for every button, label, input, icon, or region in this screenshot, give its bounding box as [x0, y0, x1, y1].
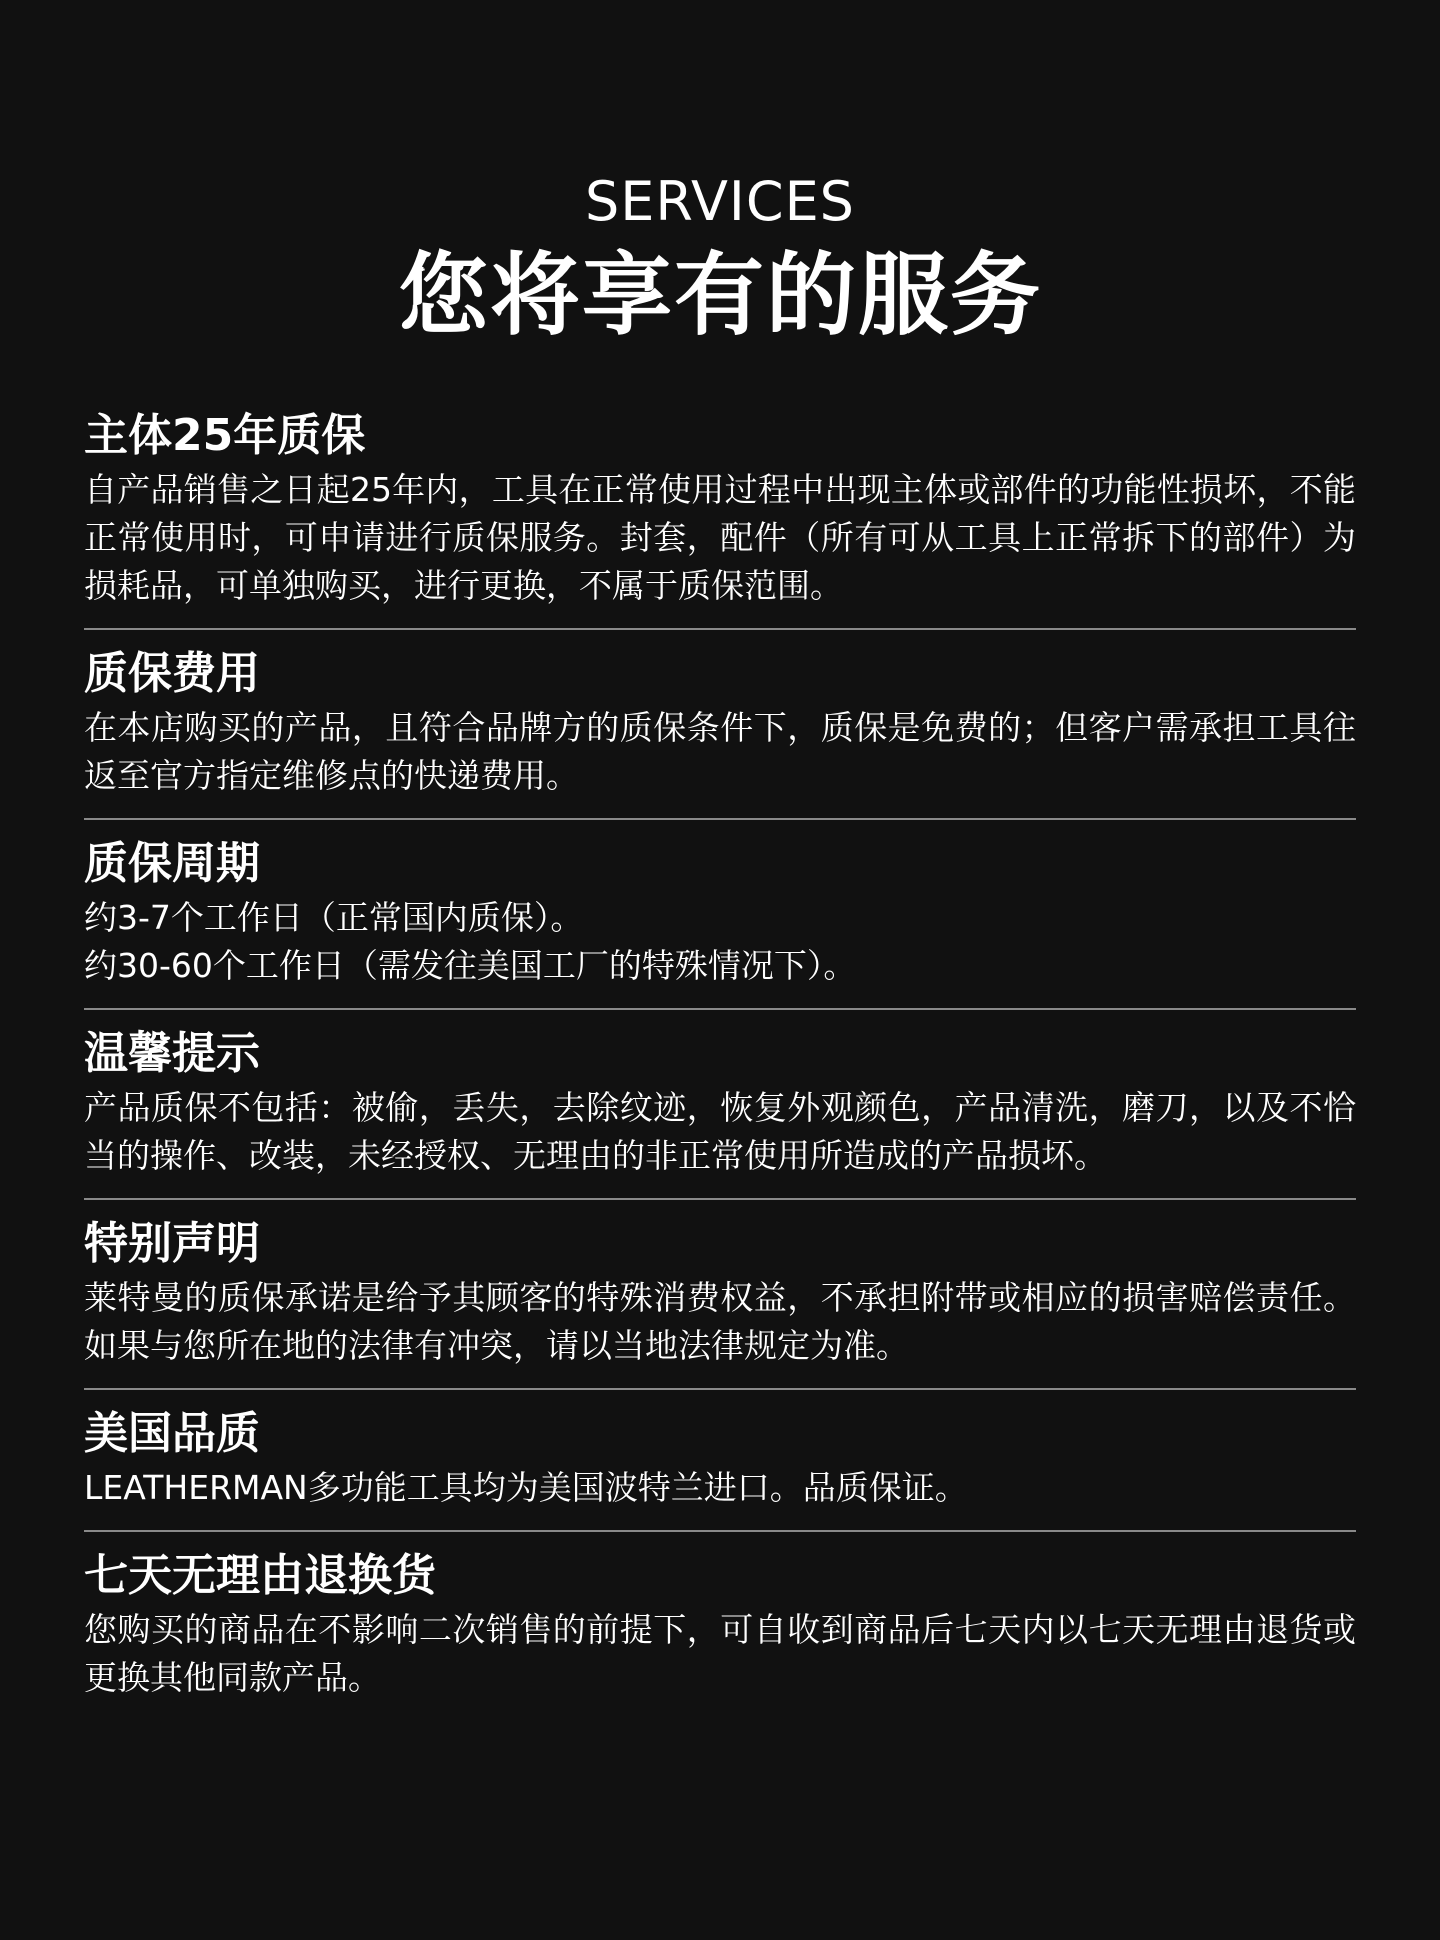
section-body: 自产品销售之日起25年内，工具在正常使用过程中出现主体或部件的功能性损坏，不能正…: [84, 466, 1356, 610]
section-text: 约30-60个工作日（需发往美国工厂的特殊情况下）。: [84, 942, 1356, 990]
page-title: 您将享有的服务: [0, 244, 1440, 348]
section-title: 七天无理由退换货: [84, 1546, 1356, 1606]
section-text: 产品质保不包括：被偷，丢失，去除纹迹，恢复外观颜色，产品清洗，磨刀，以及不恰当的…: [84, 1084, 1356, 1180]
section-body: 您购买的商品在不影响二次销售的前提下，可自收到商品后七天内以七天无理由退货或更换…: [84, 1606, 1356, 1702]
section-text: LEATHERMAN多功能工具均为美国波特兰进口。品质保证。: [84, 1464, 1356, 1512]
section-title: 质保周期: [84, 834, 1356, 894]
section-text: 莱特曼的质保承诺是给予其顾客的特殊消费权益，不承担附带或相应的损害赔偿责任。如果…: [84, 1274, 1356, 1370]
section-reminder: 温馨提示 产品质保不包括：被偷，丢失，去除纹迹，恢复外观颜色，产品清洗，磨刀，以…: [84, 1008, 1356, 1198]
section-body: 产品质保不包括：被偷，丢失，去除纹迹，恢复外观颜色，产品清洗，磨刀，以及不恰当的…: [84, 1084, 1356, 1180]
section-seven-day-return: 七天无理由退换货 您购买的商品在不影响二次销售的前提下，可自收到商品后七天内以七…: [84, 1530, 1356, 1720]
section-title: 温馨提示: [84, 1024, 1356, 1084]
section-text: 约3-7个工作日（正常国内质保）。: [84, 894, 1356, 942]
section-warranty-25-years: 主体25年质保 自产品销售之日起25年内，工具在正常使用过程中出现主体或部件的功…: [84, 406, 1356, 628]
section-body: LEATHERMAN多功能工具均为美国波特兰进口。品质保证。: [84, 1464, 1356, 1512]
section-special-statement: 特别声明 莱特曼的质保承诺是给予其顾客的特殊消费权益，不承担附带或相应的损害赔偿…: [84, 1198, 1356, 1388]
section-warranty-period: 质保周期 约3-7个工作日（正常国内质保）。 约30-60个工作日（需发往美国工…: [84, 818, 1356, 1008]
section-warranty-cost: 质保费用 在本店购买的产品，且符合品牌方的质保条件下，质保是免费的；但客户需承担…: [84, 628, 1356, 818]
section-text: 自产品销售之日起25年内，工具在正常使用过程中出现主体或部件的功能性损坏，不能正…: [84, 466, 1356, 610]
section-text: 在本店购买的产品，且符合品牌方的质保条件下，质保是免费的；但客户需承担工具往返至…: [84, 704, 1356, 800]
section-title: 质保费用: [84, 644, 1356, 704]
section-body: 约3-7个工作日（正常国内质保）。 约30-60个工作日（需发往美国工厂的特殊情…: [84, 894, 1356, 990]
header-eyebrow: SERVICES: [0, 168, 1440, 236]
service-sections: 主体25年质保 自产品销售之日起25年内，工具在正常使用过程中出现主体或部件的功…: [84, 406, 1356, 1720]
page-header: SERVICES 您将享有的服务: [0, 168, 1440, 348]
section-title: 特别声明: [84, 1214, 1356, 1274]
section-body: 在本店购买的产品，且符合品牌方的质保条件下，质保是免费的；但客户需承担工具往返至…: [84, 704, 1356, 800]
section-us-quality: 美国品质 LEATHERMAN多功能工具均为美国波特兰进口。品质保证。: [84, 1388, 1356, 1530]
section-text: 您购买的商品在不影响二次销售的前提下，可自收到商品后七天内以七天无理由退货或更换…: [84, 1606, 1356, 1702]
section-title: 美国品质: [84, 1404, 1356, 1464]
section-title: 主体25年质保: [84, 406, 1356, 466]
section-body: 莱特曼的质保承诺是给予其顾客的特殊消费权益，不承担附带或相应的损害赔偿责任。如果…: [84, 1274, 1356, 1370]
